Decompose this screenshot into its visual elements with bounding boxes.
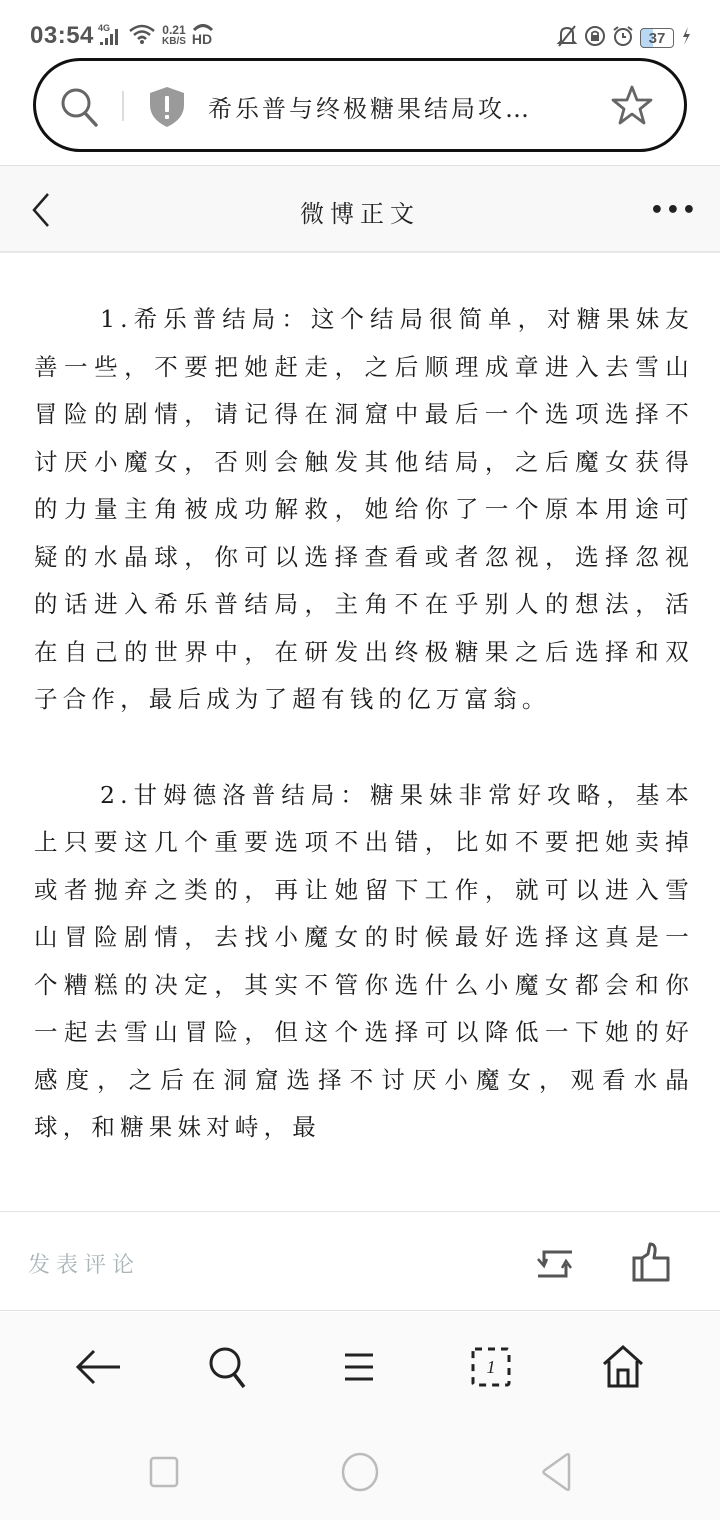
back-triangle-icon[interactable]	[535, 1450, 579, 1494]
tab-count: 1	[487, 1357, 496, 1378]
rotation-lock-icon	[584, 25, 606, 51]
article-paragraph: 2.甘姆德洛普结局：糖果妹非常好攻略，基本上只要这几个重要选项不出错，比如不要把…	[34, 772, 694, 1152]
wifi-icon	[128, 23, 156, 49]
browser-toolbar: 1	[0, 1312, 720, 1422]
recents-icon[interactable]	[142, 1450, 186, 1494]
more-options-icon[interactable]: •••	[650, 198, 698, 223]
article-body: 1.希乐普结局：这个结局很简单，对糖果妹友善一些，不要把她赶走，之后顺理成章进入…	[34, 296, 694, 1152]
address-bar[interactable]: 希乐普与终极糖果结局攻…	[33, 58, 687, 152]
back-arrow-icon[interactable]	[73, 1342, 123, 1392]
tabs-icon[interactable]: 1	[466, 1342, 516, 1392]
network-type: 4G	[98, 23, 110, 33]
status-bar: 03:54 4G 0.21 KB/S HD 37	[0, 0, 720, 58]
comment-bar: 发表评论	[0, 1211, 720, 1311]
comment-input[interactable]: 发表评论	[28, 1248, 140, 1279]
signal-icon: 4G	[98, 25, 122, 47]
page-title[interactable]: 希乐普与终极糖果结局攻…	[208, 89, 532, 124]
nav-title: 微博正文	[0, 194, 720, 229]
star-icon[interactable]	[610, 83, 654, 131]
battery-icon: 37	[640, 28, 674, 48]
home-icon[interactable]	[598, 1342, 648, 1392]
network-speed: 0.21 KB/S	[162, 25, 186, 47]
shield-warning-icon[interactable]	[148, 85, 186, 133]
search-icon[interactable]	[204, 1342, 254, 1392]
article-paragraph: 1.希乐普结局：这个结局很简单，对糖果妹友善一些，不要把她赶走，之后顺理成章进入…	[34, 296, 694, 724]
nav-header: 微博正文 •••	[0, 165, 720, 253]
system-nav-bar	[0, 1422, 720, 1520]
charging-icon	[680, 25, 692, 51]
repost-icon[interactable]	[532, 1244, 576, 1288]
home-circle-icon[interactable]	[338, 1450, 382, 1494]
hd-call-icon: HD	[192, 31, 212, 47]
alarm-icon	[612, 25, 634, 51]
thumbs-up-icon[interactable]	[630, 1240, 674, 1288]
status-left-icons: 4G 0.21 KB/S HD	[98, 22, 212, 50]
divider	[122, 91, 124, 121]
menu-icon[interactable]	[334, 1342, 384, 1392]
mute-bell-icon	[556, 24, 578, 52]
search-icon[interactable]	[58, 85, 102, 133]
clock: 03:54	[30, 22, 94, 50]
status-right-icons: 37	[556, 24, 692, 52]
